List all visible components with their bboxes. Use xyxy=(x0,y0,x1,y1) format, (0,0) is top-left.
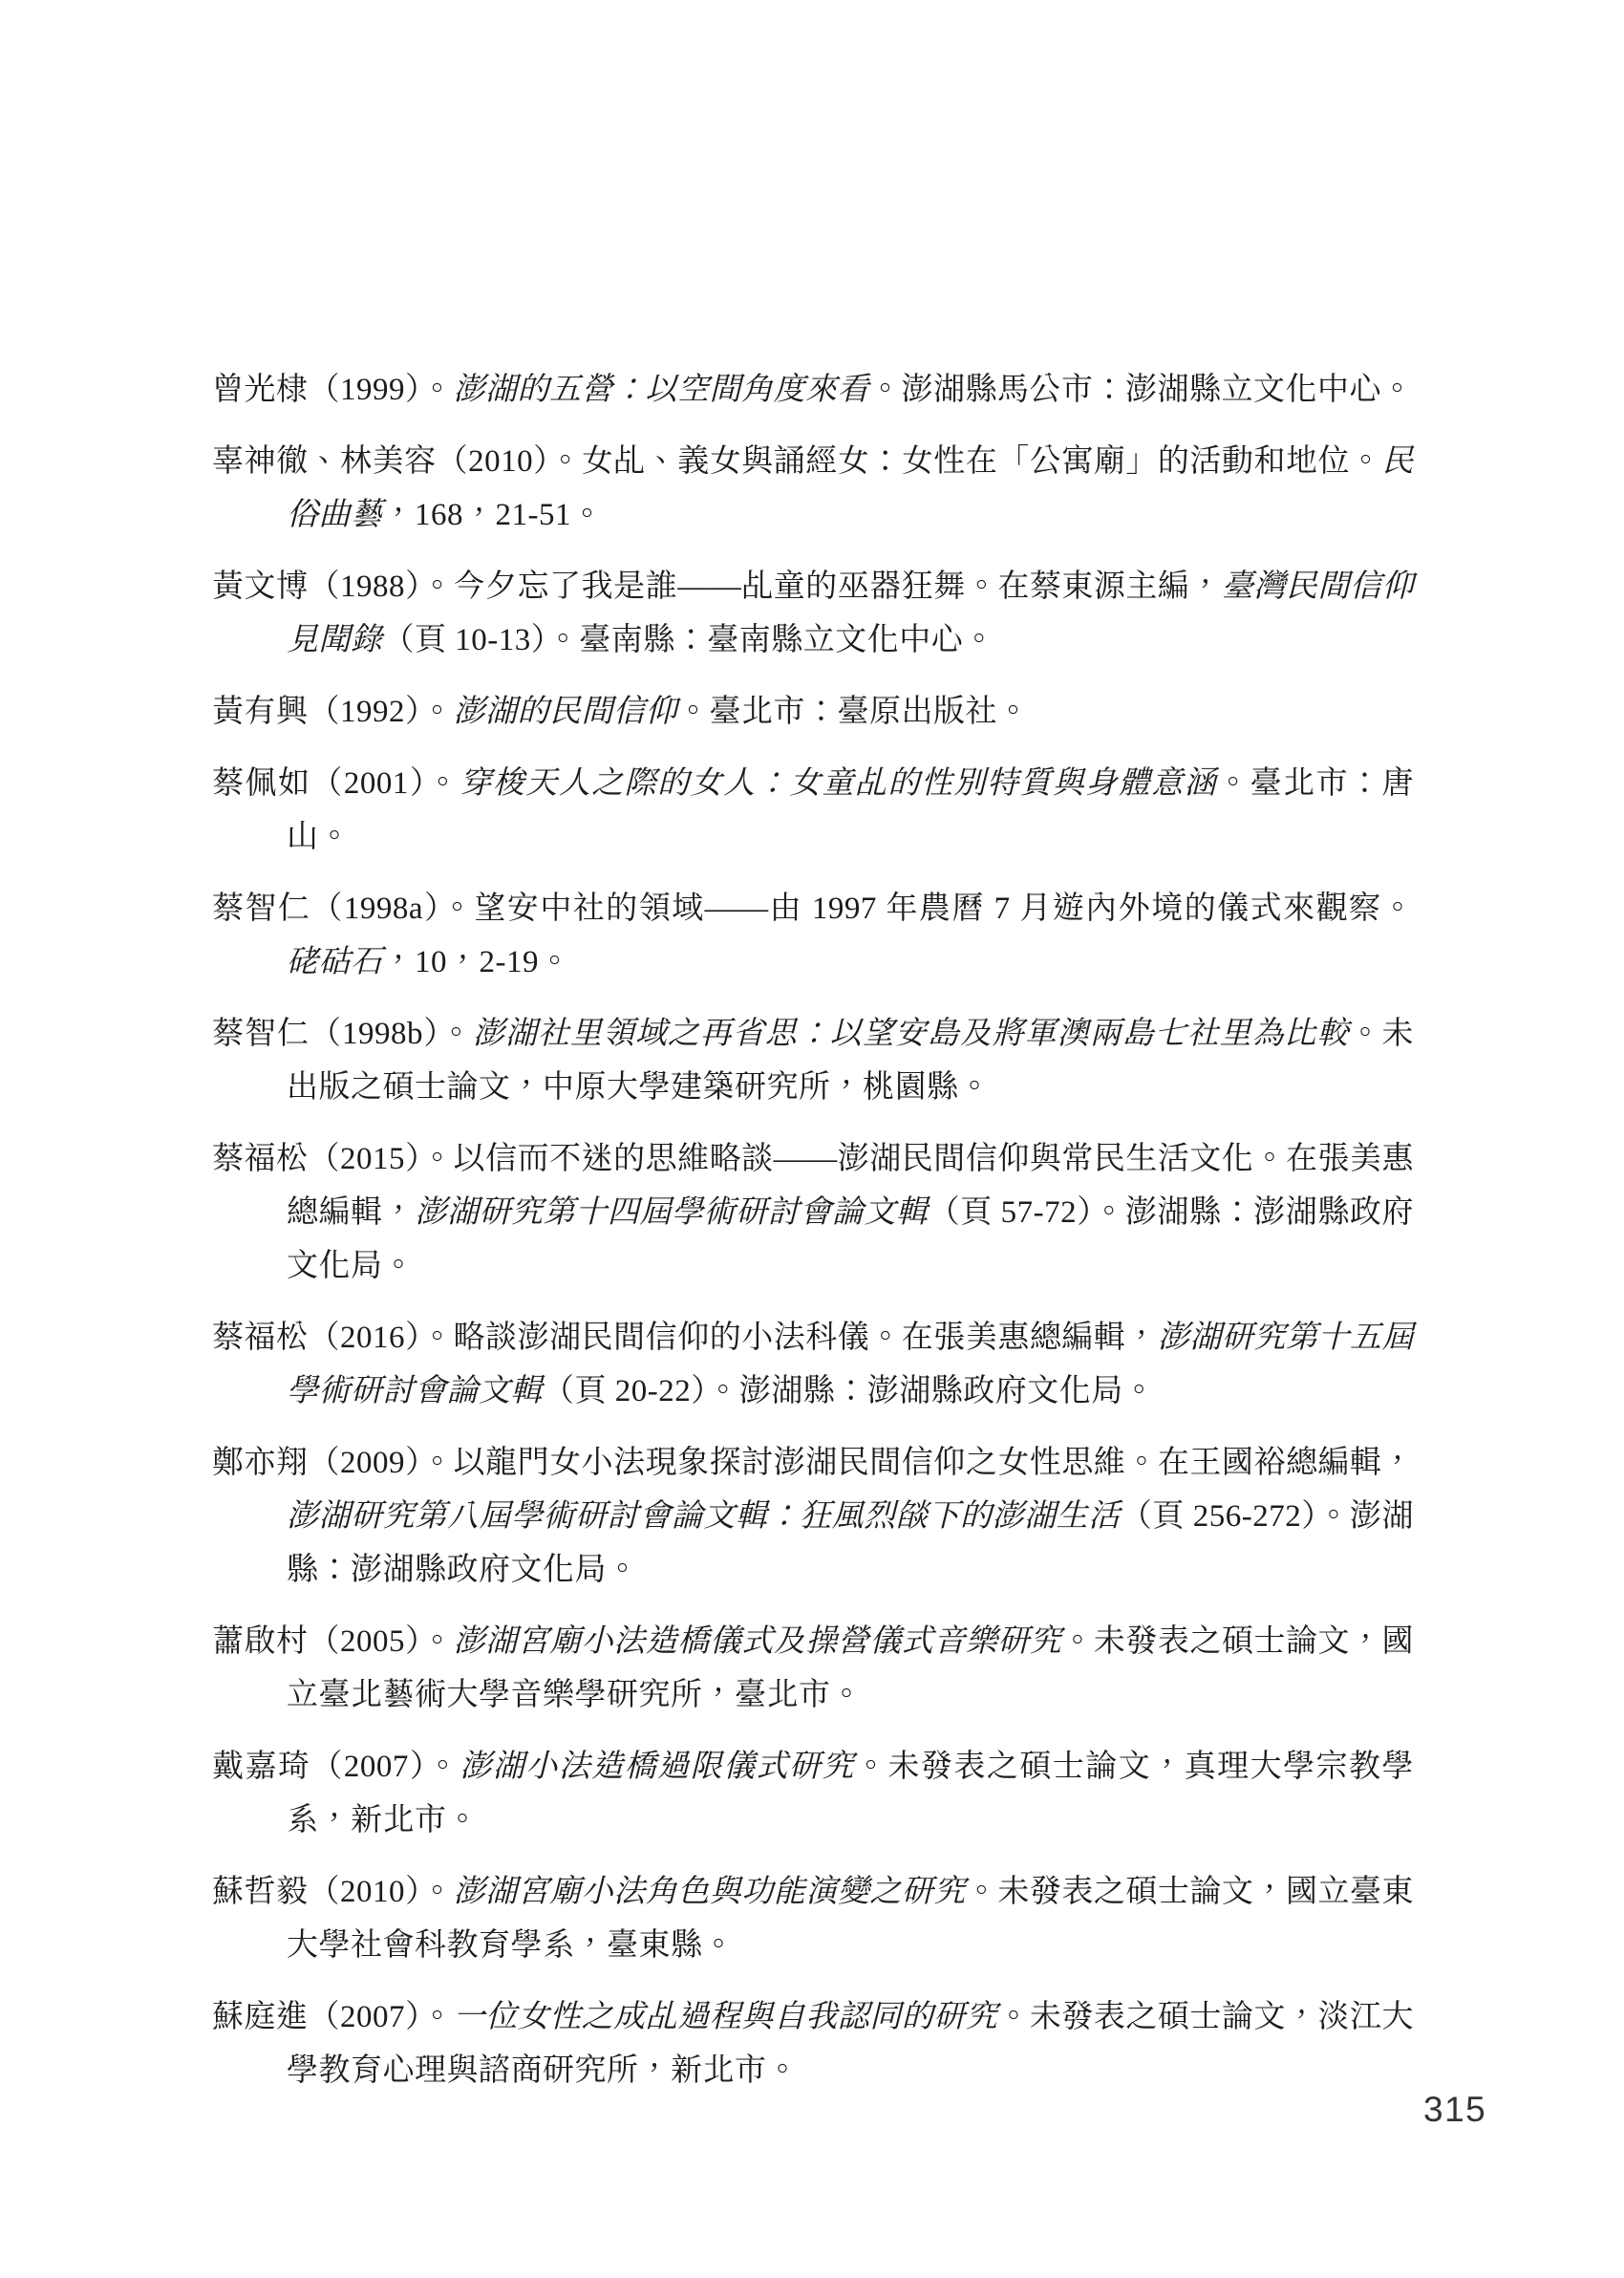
reference-text: 蔡福松（2016）。略談澎湖民間信仰的小法科儀。在張美惠總編輯， xyxy=(212,1321,1158,1355)
reference-text: ，10，2-19。 xyxy=(383,945,571,979)
reference-text: ，168，21-51。 xyxy=(383,498,604,532)
work-title: 澎湖研究第十四屆學術研討會論文輯 xyxy=(415,1195,928,1230)
work-title: 一位女性之成乩過程與自我認同的研究 xyxy=(454,2000,998,2034)
reference-text: 黃有興（1992）。 xyxy=(212,695,454,729)
reference-entry: 蔡福松（2015）。以信而不迷的思維略談——澎湖民間信仰與常民生活文化。在張美惠… xyxy=(212,1132,1414,1293)
reference-text: 。澎湖縣馬公市：澎湖縣立文化中心。 xyxy=(869,373,1414,407)
work-title: 澎湖宮廟小法造橋儀式及操營儀式音樂研究 xyxy=(454,1624,1062,1659)
document-page: 曾光棣（1999）。澎湖的五營：以空間角度來看。澎湖縣馬公市：澎湖縣立文化中心。… xyxy=(0,0,1624,2278)
reference-entry: 蘇哲毅（2010）。澎湖宮廟小法角色與功能演變之研究。未發表之碩士論文，國立臺東… xyxy=(212,1865,1414,1972)
reference-text: 蔡佩如（2001）。 xyxy=(212,766,459,801)
references-list: 曾光棣（1999）。澎湖的五營：以空間角度來看。澎湖縣馬公市：澎湖縣立文化中心。… xyxy=(212,363,1414,2116)
work-title: 硓𥑮石 xyxy=(287,945,383,979)
reference-text: 蘇哲毅（2010）。 xyxy=(212,1875,454,1909)
reference-entry: 蔡福松（2016）。略談澎湖民間信仰的小法科儀。在張美惠總編輯，澎湖研究第十五屆… xyxy=(212,1311,1414,1418)
work-title: 澎湖社里領域之再省思：以望安島及將軍澳兩島七社里為比較 xyxy=(473,1017,1350,1051)
reference-text: 黃文博（1988）。今夕忘了我是誰——乩童的巫器狂舞。在蔡東源主編， xyxy=(212,569,1222,604)
reference-text: 蔡智仁（1998b）。 xyxy=(212,1017,473,1051)
work-title: 澎湖的民間信仰 xyxy=(454,695,678,729)
reference-entry: 鄭亦翔（2009）。以龍門女小法現象探討澎湖民間信仰之女性思維。在王國裕總編輯，… xyxy=(212,1436,1414,1597)
reference-entry: 黃文博（1988）。今夕忘了我是誰——乩童的巫器狂舞。在蔡東源主編，臺灣民間信仰… xyxy=(212,560,1414,667)
reference-text: 戴嘉琦（2007）。 xyxy=(212,1750,459,1784)
reference-text: （頁 20-22）。澎湖縣：澎湖縣政府文化局。 xyxy=(543,1374,1155,1408)
work-title: 澎湖小法造橋過限儀式研究 xyxy=(459,1750,855,1784)
reference-text: 蘇庭進（2007）。 xyxy=(212,2000,454,2034)
reference-text: 鄭亦翔（2009）。以龍門女小法現象探討澎湖民間信仰之女性思維。在王國裕總編輯， xyxy=(212,1446,1414,1480)
reference-text: 。臺北市：臺原出版社。 xyxy=(677,695,1030,729)
reference-entry: 蔡佩如（2001）。穿梭天人之際的女人：女童乩的性別特質與身體意涵。臺北市：唐山… xyxy=(212,757,1414,864)
page-number: 315 xyxy=(1423,2091,1486,2129)
reference-entry: 蔡智仁（1998a）。望安中社的領域——由 1997 年農曆 7 月遊內外境的儀… xyxy=(212,882,1414,989)
reference-text: 蔡智仁（1998a）。望安中社的領域——由 1997 年農曆 7 月遊內外境的儀… xyxy=(212,892,1414,926)
reference-entry: 蕭啟村（2005）。澎湖宮廟小法造橋儀式及操營儀式音樂研究。未發表之碩士論文，國… xyxy=(212,1615,1414,1722)
reference-text: 蕭啟村（2005）。 xyxy=(212,1624,454,1659)
reference-text: 曾光棣（1999）。 xyxy=(212,373,454,407)
work-title: 澎湖宮廟小法角色與功能演變之研究 xyxy=(454,1875,966,1909)
work-title: 澎湖研究第八屆學術研討會論文輯：狂風烈燄下的澎湖生活 xyxy=(287,1499,1121,1534)
reference-text: 辜神徹、林美容（2010）。女乩、義女與誦經女：女性在「公寓廟」的活動和地位。 xyxy=(212,444,1382,479)
reference-entry: 蔡智仁（1998b）。澎湖社里領域之再省思：以望安島及將軍澳兩島七社里為比較。未… xyxy=(212,1007,1414,1114)
reference-entry: 黃有興（1992）。澎湖的民間信仰。臺北市：臺原出版社。 xyxy=(212,685,1414,739)
reference-entry: 戴嘉琦（2007）。澎湖小法造橋過限儀式研究。未發表之碩士論文，真理大學宗教學系… xyxy=(212,1740,1414,1847)
reference-text: （頁 10-13）。臺南縣：臺南縣立文化中心。 xyxy=(383,623,995,657)
reference-entry: 曾光棣（1999）。澎湖的五營：以空間角度來看。澎湖縣馬公市：澎湖縣立文化中心。 xyxy=(212,363,1414,417)
reference-entry: 蘇庭進（2007）。一位女性之成乩過程與自我認同的研究。未發表之碩士論文，淡江大… xyxy=(212,1990,1414,2097)
reference-entry: 辜神徹、林美容（2010）。女乩、義女與誦經女：女性在「公寓廟」的活動和地位。民… xyxy=(212,435,1414,542)
work-title: 穿梭天人之際的女人：女童乩的性別特質與身體意涵 xyxy=(459,766,1217,801)
work-title: 澎湖的五營：以空間角度來看 xyxy=(454,373,870,407)
